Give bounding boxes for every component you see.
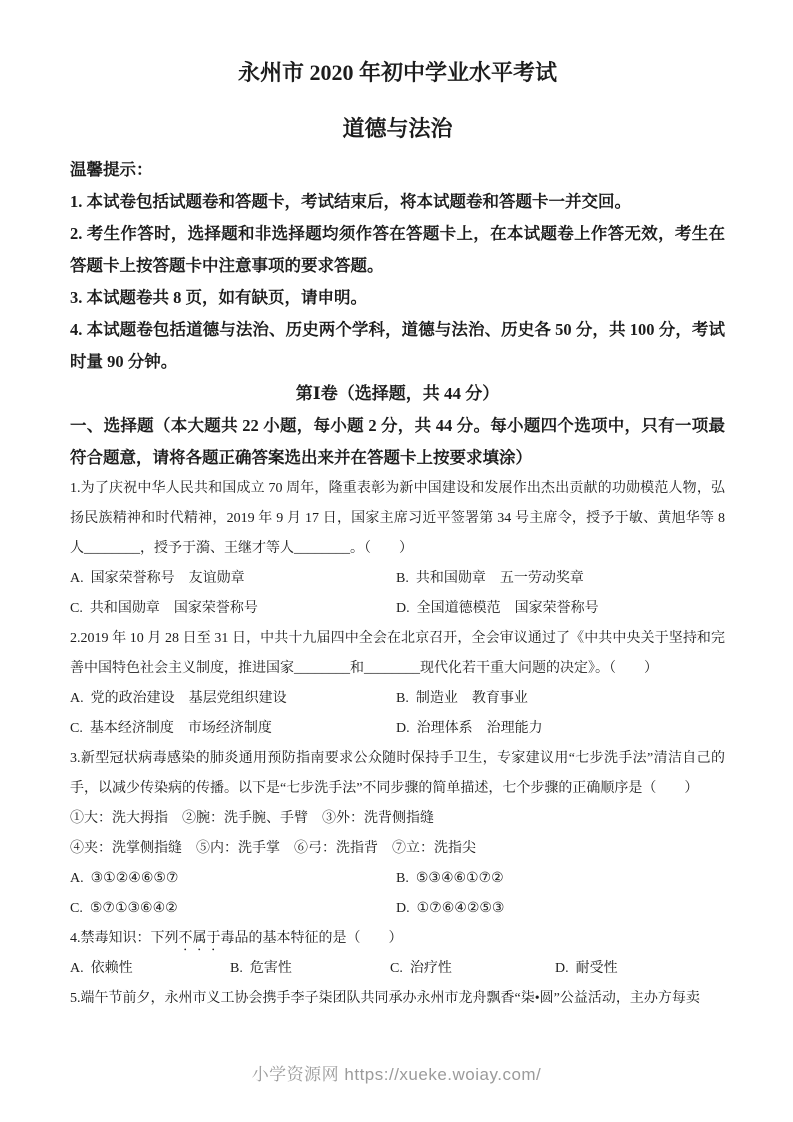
question-3-option-d: D. ①⑦⑥④②⑤③ — [396, 894, 725, 924]
question-4-options: A. 依赖性 B. 危害性 C. 治疗性 D. 耐受性 — [70, 954, 725, 984]
question-2-stem: 2.2019 年 10 月 28 日至 31 日，中共十九届四中全会在北京召开，… — [70, 624, 725, 684]
question-3-steps-line-2: ④夹：洗掌侧指缝 ⑤内：洗手掌 ⑥弓：洗指背 ⑦立：洗指尖 — [70, 834, 725, 864]
question-5-stem: 5.端午节前夕，永州市义工协会携手李子柒团队共同承办永州市龙舟飘香“柒•圆”公益… — [70, 984, 725, 1014]
notice-item-3: 3. 本试题卷共 8 页，如有缺页，请申明。 — [70, 282, 725, 314]
question-3-options: A. ③①②④⑥⑤⑦ B. ⑤③④⑥①⑦② C. ⑤⑦①③⑥④② D. ①⑦⑥④… — [70, 864, 725, 924]
question-3: 3.新型冠状病毒感染的肺炎通用预防指南要求公众随时保持手卫生，专家建议用“七步洗… — [70, 744, 725, 924]
section-instruction: 一、选择题（本大题共 22 小题，每小题 2 分，共 44 分。每小题四个选项中… — [70, 410, 725, 474]
exam-paper-page: 永州市 2020 年初中学业水平考试 道德与法治 温馨提示： 1. 本试卷包括试… — [0, 0, 793, 1122]
question-3-option-c: C. ⑤⑦①③⑥④② — [70, 894, 396, 924]
question-1-option-c: C. 共和国勋章 国家荣誉称号 — [70, 594, 396, 624]
notice-block: 温馨提示： 1. 本试卷包括试题卷和答题卡，考试结束后，将本试题卷和答题卡一并交… — [70, 154, 725, 378]
question-4-option-a: A. 依赖性 — [70, 954, 230, 984]
question-2-option-a: A. 党的政治建设 基层党组织建设 — [70, 684, 396, 714]
notice-heading: 温馨提示： — [70, 154, 725, 186]
question-3-stem: 3.新型冠状病毒感染的肺炎通用预防指南要求公众随时保持手卫生，专家建议用“七步洗… — [70, 744, 725, 804]
question-1-option-b: B. 共和国勋章 五一劳动奖章 — [396, 564, 725, 594]
question-4-stem-prefix: 4.禁毒知识：下列 — [70, 931, 179, 946]
question-4-option-d: D. 耐受性 — [555, 954, 725, 984]
notice-item-1: 1. 本试卷包括试题卷和答题卡，考试结束后，将本试题卷和答题卡一并交回。 — [70, 186, 725, 218]
question-1-options: A. 国家荣誉称号 友谊勋章 B. 共和国勋章 五一劳动奖章 C. 共和国勋章 … — [70, 564, 725, 624]
question-1-option-a: A. 国家荣誉称号 友谊勋章 — [70, 564, 396, 594]
question-2: 2.2019 年 10 月 28 日至 31 日，中共十九届四中全会在北京召开，… — [70, 624, 725, 744]
question-4-option-c: C. 治疗性 — [390, 954, 555, 984]
question-3-option-a: A. ③①②④⑥⑤⑦ — [70, 864, 396, 894]
question-3-steps-line-1: ①大：洗大拇指 ②腕：洗手腕、手臂 ③外：洗背侧指缝 — [70, 804, 725, 834]
part-title: 第Ⅰ卷（选择题，共 44 分） — [70, 378, 725, 410]
footer-watermark: 小学资源网 https://xueke.woiay.com/ — [0, 1060, 793, 1085]
question-4-stem: 4.禁毒知识：下列不属于毒品的基本特征的是（ ） — [70, 924, 725, 954]
question-2-option-d: D. 治理体系 治理能力 — [396, 714, 725, 744]
question-4: 4.禁毒知识：下列不属于毒品的基本特征的是（ ） A. 依赖性 B. 危害性 C… — [70, 924, 725, 984]
exam-subject: 道德与法治 — [70, 114, 725, 144]
notice-item-2: 2. 考生作答时，选择题和非选择题均须作答在答题卡上，在本试题卷上作答无效，考生… — [70, 218, 725, 282]
question-2-option-c: C. 基本经济制度 市场经济制度 — [70, 714, 396, 744]
notice-item-4: 4. 本试题卷包括道德与法治、历史两个学科，道德与法治、历史各 50 分，共 1… — [70, 314, 725, 378]
question-4-stem-suffix: 毒品的基本特征的是（ ） — [221, 931, 403, 946]
question-5: 5.端午节前夕，永州市义工协会携手李子柒团队共同承办永州市龙舟飘香“柒•圆”公益… — [70, 984, 725, 1014]
exam-title: 永州市 2020 年初中学业水平考试 — [70, 58, 725, 88]
question-4-option-b: B. 危害性 — [230, 954, 390, 984]
question-1: 1.为了庆祝中华人民共和国成立 70 周年，隆重表彰为新中国建设和发展作出杰出贡… — [70, 474, 725, 624]
question-2-options: A. 党的政治建设 基层党组织建设 B. 制造业 教育事业 C. 基本经济制度 … — [70, 684, 725, 744]
question-1-option-d: D. 全国道德模范 国家荣誉称号 — [396, 594, 725, 624]
question-2-option-b: B. 制造业 教育事业 — [396, 684, 725, 714]
question-1-stem: 1.为了庆祝中华人民共和国成立 70 周年，隆重表彰为新中国建设和发展作出杰出贡… — [70, 474, 725, 564]
question-4-stem-emphasis: 不属于 — [179, 931, 221, 946]
question-3-option-b: B. ⑤③④⑥①⑦② — [396, 864, 725, 894]
